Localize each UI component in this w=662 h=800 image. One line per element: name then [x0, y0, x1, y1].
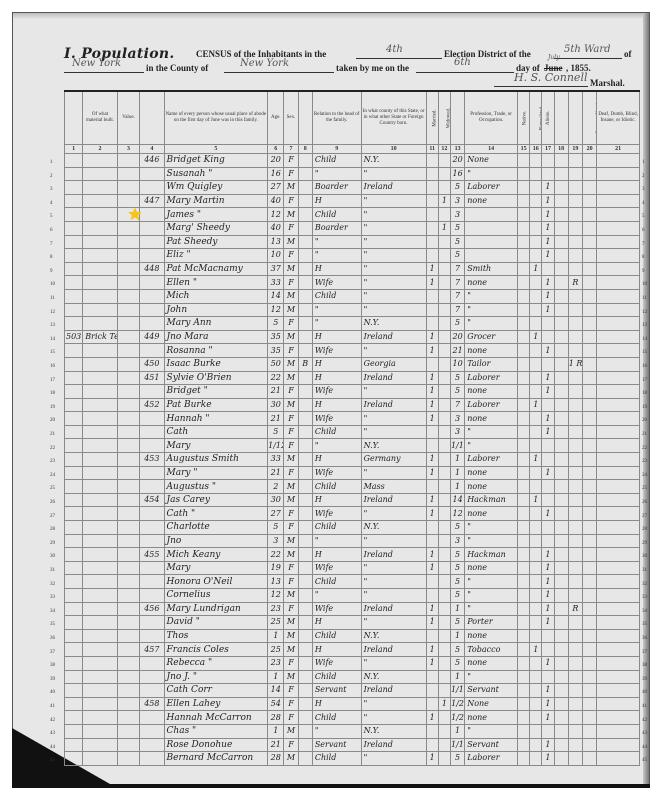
value-cell [117, 629, 139, 643]
age-cell: 19 [268, 561, 284, 575]
illiterate-cell [568, 154, 582, 168]
sex-cell: F [284, 276, 298, 290]
material-cell: Brick Tene [83, 330, 118, 344]
family-cell [140, 521, 164, 535]
occupation-cell [465, 208, 518, 222]
married-cell [426, 738, 438, 752]
color-cell [298, 221, 312, 235]
alien-cell: 1 [542, 208, 554, 222]
relation-cell: Wife [312, 466, 361, 480]
birthplace-cell: Ireland [361, 602, 426, 616]
row-number-right: 45 [642, 758, 647, 763]
value-cell [117, 221, 139, 235]
value-cell [117, 344, 139, 358]
sex-cell: M [284, 303, 298, 317]
alien-cell [542, 167, 554, 181]
disability-cell [597, 466, 640, 480]
illiterate-cell [568, 752, 582, 766]
age-cell: 28 [268, 752, 284, 766]
dwelling-cell [65, 357, 83, 371]
occupation-cell: Servant [465, 684, 518, 698]
occupation-cell: " [465, 589, 518, 603]
dwelling-cell [65, 289, 83, 303]
native-cell [518, 249, 530, 263]
disability-cell [597, 589, 640, 603]
material-cell [83, 303, 118, 317]
married-cell: 1 [426, 276, 438, 290]
age-cell: 14 [268, 684, 284, 698]
color-cell [298, 303, 312, 317]
family-cell [140, 752, 164, 766]
table-row: Rebecca "23FWife"15none1 [65, 656, 640, 670]
birthplace-cell: N.Y. [361, 154, 426, 168]
dwelling-cell [65, 439, 83, 453]
native-cell [518, 616, 530, 630]
illiterate-cell [568, 724, 582, 738]
illiterate-cell [568, 493, 582, 507]
years-resident-cell: 1 [450, 602, 464, 616]
county-label: in the County of [146, 63, 208, 73]
col-number-14: 14 [465, 145, 518, 154]
age-cell: 5 [268, 317, 284, 331]
col-number-2: 2 [83, 145, 118, 154]
dwelling-cell [65, 221, 83, 235]
native-cell [518, 738, 530, 752]
table-row: 451Sylvie O'Brien22MHIreland15Laborer1 [65, 371, 640, 385]
alien-cell [542, 534, 554, 548]
years-resident-cell: 5 [450, 521, 464, 535]
age-cell: 22 [268, 548, 284, 562]
occupation-cell: Laborer [465, 752, 518, 766]
occupation-cell: none [465, 194, 518, 208]
day-value: 6th [454, 57, 471, 68]
material-cell [83, 357, 118, 371]
ward-value: 5th Ward [564, 44, 611, 55]
disability-cell [597, 181, 640, 195]
native-cell [518, 670, 530, 684]
col-header-11: Married. [426, 91, 438, 145]
illiterate-cell [568, 453, 582, 467]
relation-cell: Wife [312, 656, 361, 670]
persons-of-color-cell [554, 711, 568, 725]
sex-cell: M [284, 398, 298, 412]
name-cell: Hannah " [164, 412, 268, 426]
relation-cell: Boarder [312, 221, 361, 235]
birthplace-cell: N.Y. [361, 439, 426, 453]
disability-cell [597, 711, 640, 725]
naturalized-cell [530, 289, 542, 303]
birthplace-cell: " [361, 412, 426, 426]
married-cell [426, 208, 438, 222]
married-cell [426, 575, 438, 589]
years-resident-cell: 20 [450, 330, 464, 344]
age-cell: 27 [268, 507, 284, 521]
name-cell: Wm Quigley [164, 181, 268, 195]
table-row: 456Mary Lundrigan23FWifeIreland11"1R [65, 602, 640, 616]
alien-cell [542, 643, 554, 657]
age-cell: 22 [268, 371, 284, 385]
landowner-cell [583, 385, 597, 399]
years-resident-cell: 20 [450, 154, 464, 168]
landowner-cell [583, 548, 597, 562]
family-cell [140, 534, 164, 548]
years-resident-cell: 5 [450, 656, 464, 670]
name-cell: Charlotte [164, 521, 268, 535]
native-cell [518, 548, 530, 562]
color-cell [298, 466, 312, 480]
naturalized-cell [530, 167, 542, 181]
naturalized-cell [530, 656, 542, 670]
native-cell [518, 480, 530, 494]
page-edge-shadow [13, 13, 649, 19]
material-cell [83, 575, 118, 589]
naturalized-cell: 1 [530, 262, 542, 276]
naturalized-cell [530, 534, 542, 548]
birthplace-cell: " [361, 466, 426, 480]
dwelling-cell [65, 493, 83, 507]
years-resident-cell: 7 [450, 276, 464, 290]
widowed-cell [438, 181, 450, 195]
landowner-cell [583, 276, 597, 290]
dwelling-cell [65, 548, 83, 562]
native-cell [518, 194, 530, 208]
material-cell [83, 262, 118, 276]
disability-cell [597, 357, 640, 371]
widowed-cell [438, 289, 450, 303]
value-cell [117, 167, 139, 181]
occupation-cell: none [465, 507, 518, 521]
birthplace-cell: Germany [361, 453, 426, 467]
family-cell [140, 738, 164, 752]
persons-of-color-cell [554, 534, 568, 548]
alien-cell: 1 [542, 602, 554, 616]
occupation-cell [465, 249, 518, 263]
native-cell [518, 412, 530, 426]
married-cell: 1 [426, 616, 438, 630]
years-resident-cell: 5 [450, 317, 464, 331]
illiterate-cell [568, 711, 582, 725]
color-cell [298, 738, 312, 752]
sex-cell: M [284, 548, 298, 562]
name-cell: Chas " [164, 724, 268, 738]
age-cell: 35 [268, 344, 284, 358]
occupation-cell: None [465, 154, 518, 168]
occupation-cell: none [465, 480, 518, 494]
material-cell [83, 493, 118, 507]
alien-cell: 1 [542, 616, 554, 630]
naturalized-cell [530, 711, 542, 725]
census-line1-suffix: of [624, 49, 632, 59]
name-cell: Hannah McCarron [164, 711, 268, 725]
table-row: 448Pat McMacnamy37MH"17Smith1 [65, 262, 640, 276]
occupation-cell: " [465, 167, 518, 181]
native-cell [518, 262, 530, 276]
occupation-cell: Hackman [465, 493, 518, 507]
landowner-cell [583, 289, 597, 303]
color-cell [298, 670, 312, 684]
married-cell [426, 670, 438, 684]
col-number-16: 16 [530, 145, 542, 154]
alien-cell: 1 [542, 752, 554, 766]
relation-cell: Child [312, 575, 361, 589]
name-cell: John [164, 303, 268, 317]
col-header-17: Aliens. [542, 91, 554, 145]
relation-cell: H [312, 330, 361, 344]
persons-of-color-cell [554, 357, 568, 371]
married-cell: 1 [426, 412, 438, 426]
dwelling-cell [65, 412, 83, 426]
birthplace-cell: " [361, 344, 426, 358]
row-number-left: 30 [50, 554, 55, 559]
occupation-cell: Tobacco [465, 643, 518, 657]
widowed-cell [438, 616, 450, 630]
disability-cell [597, 738, 640, 752]
alien-cell: 1 [542, 575, 554, 589]
sex-cell: M [284, 724, 298, 738]
persons-of-color-cell [554, 643, 568, 657]
table-row: 455Mich Keany22MHIreland15Hackman1 [65, 548, 640, 562]
birthplace-cell: Ireland [361, 493, 426, 507]
relation-cell: Child [312, 711, 361, 725]
dwelling-cell [65, 521, 83, 535]
occupation-cell: none [465, 412, 518, 426]
disability-cell [597, 670, 640, 684]
persons-of-color-cell [554, 684, 568, 698]
family-cell [140, 385, 164, 399]
landowner-cell [583, 154, 597, 168]
naturalized-cell [530, 629, 542, 643]
persons-of-color-cell [554, 398, 568, 412]
sex-cell: M [284, 235, 298, 249]
family-cell: 448 [140, 262, 164, 276]
row-number-right: 19 [642, 405, 647, 410]
dwelling-cell [65, 154, 83, 168]
dwelling-cell [65, 371, 83, 385]
occupation-cell: Porter [465, 616, 518, 630]
landowner-cell [583, 724, 597, 738]
age-cell: 14 [268, 289, 284, 303]
disability-cell [597, 534, 640, 548]
alien-cell: 1 [542, 697, 554, 711]
widowed-cell [438, 439, 450, 453]
color-cell [298, 412, 312, 426]
alien-cell: 1 [542, 656, 554, 670]
birthplace-cell: " [361, 303, 426, 317]
naturalized-cell [530, 752, 542, 766]
disability-cell [597, 412, 640, 426]
col-number-4: 4 [140, 145, 164, 154]
persons-of-color-cell [554, 629, 568, 643]
alien-cell [542, 629, 554, 643]
value-cell [117, 493, 139, 507]
married-cell: 1 [426, 602, 438, 616]
landowner-cell [583, 670, 597, 684]
sex-cell: F [284, 575, 298, 589]
sex-cell: F [284, 439, 298, 453]
value-cell [117, 249, 139, 263]
landowner-cell [583, 507, 597, 521]
value-cell [117, 643, 139, 657]
family-cell [140, 439, 164, 453]
dwelling-cell [65, 344, 83, 358]
col-header-14: Profession, Trade, or Occupation. [465, 91, 518, 145]
district-number: 4th [386, 44, 403, 55]
native-cell [518, 330, 530, 344]
birthplace-cell: N.Y. [361, 521, 426, 535]
name-cell: David " [164, 616, 268, 630]
value-cell [117, 561, 139, 575]
row-number-left: 29 [50, 541, 55, 546]
disability-cell [597, 262, 640, 276]
row-number-right: 16 [642, 364, 647, 369]
native-cell [518, 289, 530, 303]
color-cell [298, 167, 312, 181]
color-cell [298, 616, 312, 630]
native-cell [518, 521, 530, 535]
sex-cell: F [284, 656, 298, 670]
age-cell: 2 [268, 480, 284, 494]
dwelling-cell [65, 249, 83, 263]
row-number-left: 25 [50, 486, 55, 491]
page-bottom-edge [12, 784, 650, 788]
native-cell [518, 235, 530, 249]
material-cell [83, 752, 118, 766]
relation-cell: H [312, 194, 361, 208]
table-row: Bridget "21FWife"15none1 [65, 385, 640, 399]
age-cell: 35 [268, 330, 284, 344]
married-cell: 1 [426, 493, 438, 507]
material-cell [83, 711, 118, 725]
material-cell [83, 738, 118, 752]
col-header-3: Value. [117, 91, 139, 145]
alien-cell: 1 [542, 371, 554, 385]
table-row: Marg' Sheedy40FBoarder"151 [65, 221, 640, 235]
alien-cell: 1 [542, 276, 554, 290]
persons-of-color-cell [554, 493, 568, 507]
native-cell [518, 398, 530, 412]
married-cell: 1 [426, 643, 438, 657]
table-row: Mich14MChild"7"1 [65, 289, 640, 303]
row-number-right: 38 [642, 663, 647, 668]
illiterate-cell: 1 R [568, 357, 582, 371]
row-number-left: 1 [50, 160, 53, 165]
row-number-right: 1 [642, 160, 645, 165]
dwelling-cell [65, 303, 83, 317]
row-number-right: 42 [642, 718, 647, 723]
naturalized-cell [530, 235, 542, 249]
row-number-left: 37 [50, 650, 55, 655]
widowed-cell [438, 344, 450, 358]
alien-cell: 1 [542, 548, 554, 562]
material-cell [83, 534, 118, 548]
table-row: David "25MH"15Porter1 [65, 616, 640, 630]
landowner-cell [583, 575, 597, 589]
years-resident-cell: 5 [450, 249, 464, 263]
material-cell [83, 656, 118, 670]
years-resident-cell: 21 [450, 344, 464, 358]
occupation-cell: Laborer [465, 181, 518, 195]
widowed-cell [438, 684, 450, 698]
landowner-cell [583, 235, 597, 249]
row-number-right: 4 [642, 201, 645, 206]
illiterate-cell [568, 643, 582, 657]
family-cell [140, 181, 164, 195]
row-number-left: 38 [50, 663, 55, 668]
sex-cell: M [284, 534, 298, 548]
illiterate-cell [568, 629, 582, 643]
native-cell [518, 276, 530, 290]
material-cell [83, 507, 118, 521]
row-number-left: 7 [50, 242, 53, 247]
sex-cell: M [284, 262, 298, 276]
married-cell [426, 235, 438, 249]
years-resident-cell: 3 [450, 194, 464, 208]
sex-cell: M [284, 752, 298, 766]
row-number-left: 5 [50, 214, 53, 219]
row-number-left: 39 [50, 677, 55, 682]
age-cell: 37 [268, 262, 284, 276]
row-number-right: 8 [642, 255, 645, 260]
years-resident-cell: 5 [450, 561, 464, 575]
years-resident-cell: 1 [450, 670, 464, 684]
table-row: Augustus "2MChildMass1none [65, 480, 640, 494]
dwelling-cell [65, 589, 83, 603]
table-row: Jno3M""3" [65, 534, 640, 548]
row-number-left: 12 [50, 310, 55, 315]
value-cell [117, 752, 139, 766]
color-cell [298, 276, 312, 290]
years-resident-cell: 5 [450, 235, 464, 249]
illiterate-cell [568, 344, 582, 358]
occupation-cell: none [465, 711, 518, 725]
relation-cell: H [312, 398, 361, 412]
table-row: 450Isaac Burke50MBHGeorgia10Tailor1 R [65, 357, 640, 371]
years-resident-cell: 1 [450, 480, 464, 494]
color-cell [298, 507, 312, 521]
value-cell [117, 154, 139, 168]
alien-cell: 1 [542, 303, 554, 317]
name-cell: Pat Burke [164, 398, 268, 412]
row-number-right: 43 [642, 731, 647, 736]
row-number-right: 9 [642, 269, 645, 274]
sex-cell: M [284, 589, 298, 603]
illiterate-cell [568, 589, 582, 603]
naturalized-cell [530, 561, 542, 575]
name-cell: Pat Sheedy [164, 235, 268, 249]
disability-cell [597, 344, 640, 358]
row-number-left: 36 [50, 636, 55, 641]
landowner-cell [583, 752, 597, 766]
disability-cell [597, 629, 640, 643]
dwelling-cell [65, 602, 83, 616]
relation-cell: Boarder [312, 181, 361, 195]
occupation-cell: " [465, 303, 518, 317]
row-number-left: 8 [50, 255, 53, 260]
col-header-6: Age. [268, 91, 284, 145]
col-number-3: 3 [117, 145, 139, 154]
naturalized-cell [530, 602, 542, 616]
disability-cell [597, 289, 640, 303]
name-cell: Rosanna " [164, 344, 268, 358]
widowed-cell [438, 643, 450, 657]
col-header-9: Relation to the head of the family. [312, 91, 361, 145]
family-cell: 452 [140, 398, 164, 412]
row-number-right: 18 [642, 391, 647, 396]
material-cell [83, 194, 118, 208]
native-cell [518, 221, 530, 235]
table-row: Mary1/12F"N.Y.1/12" [65, 439, 640, 453]
disability-cell [597, 385, 640, 399]
